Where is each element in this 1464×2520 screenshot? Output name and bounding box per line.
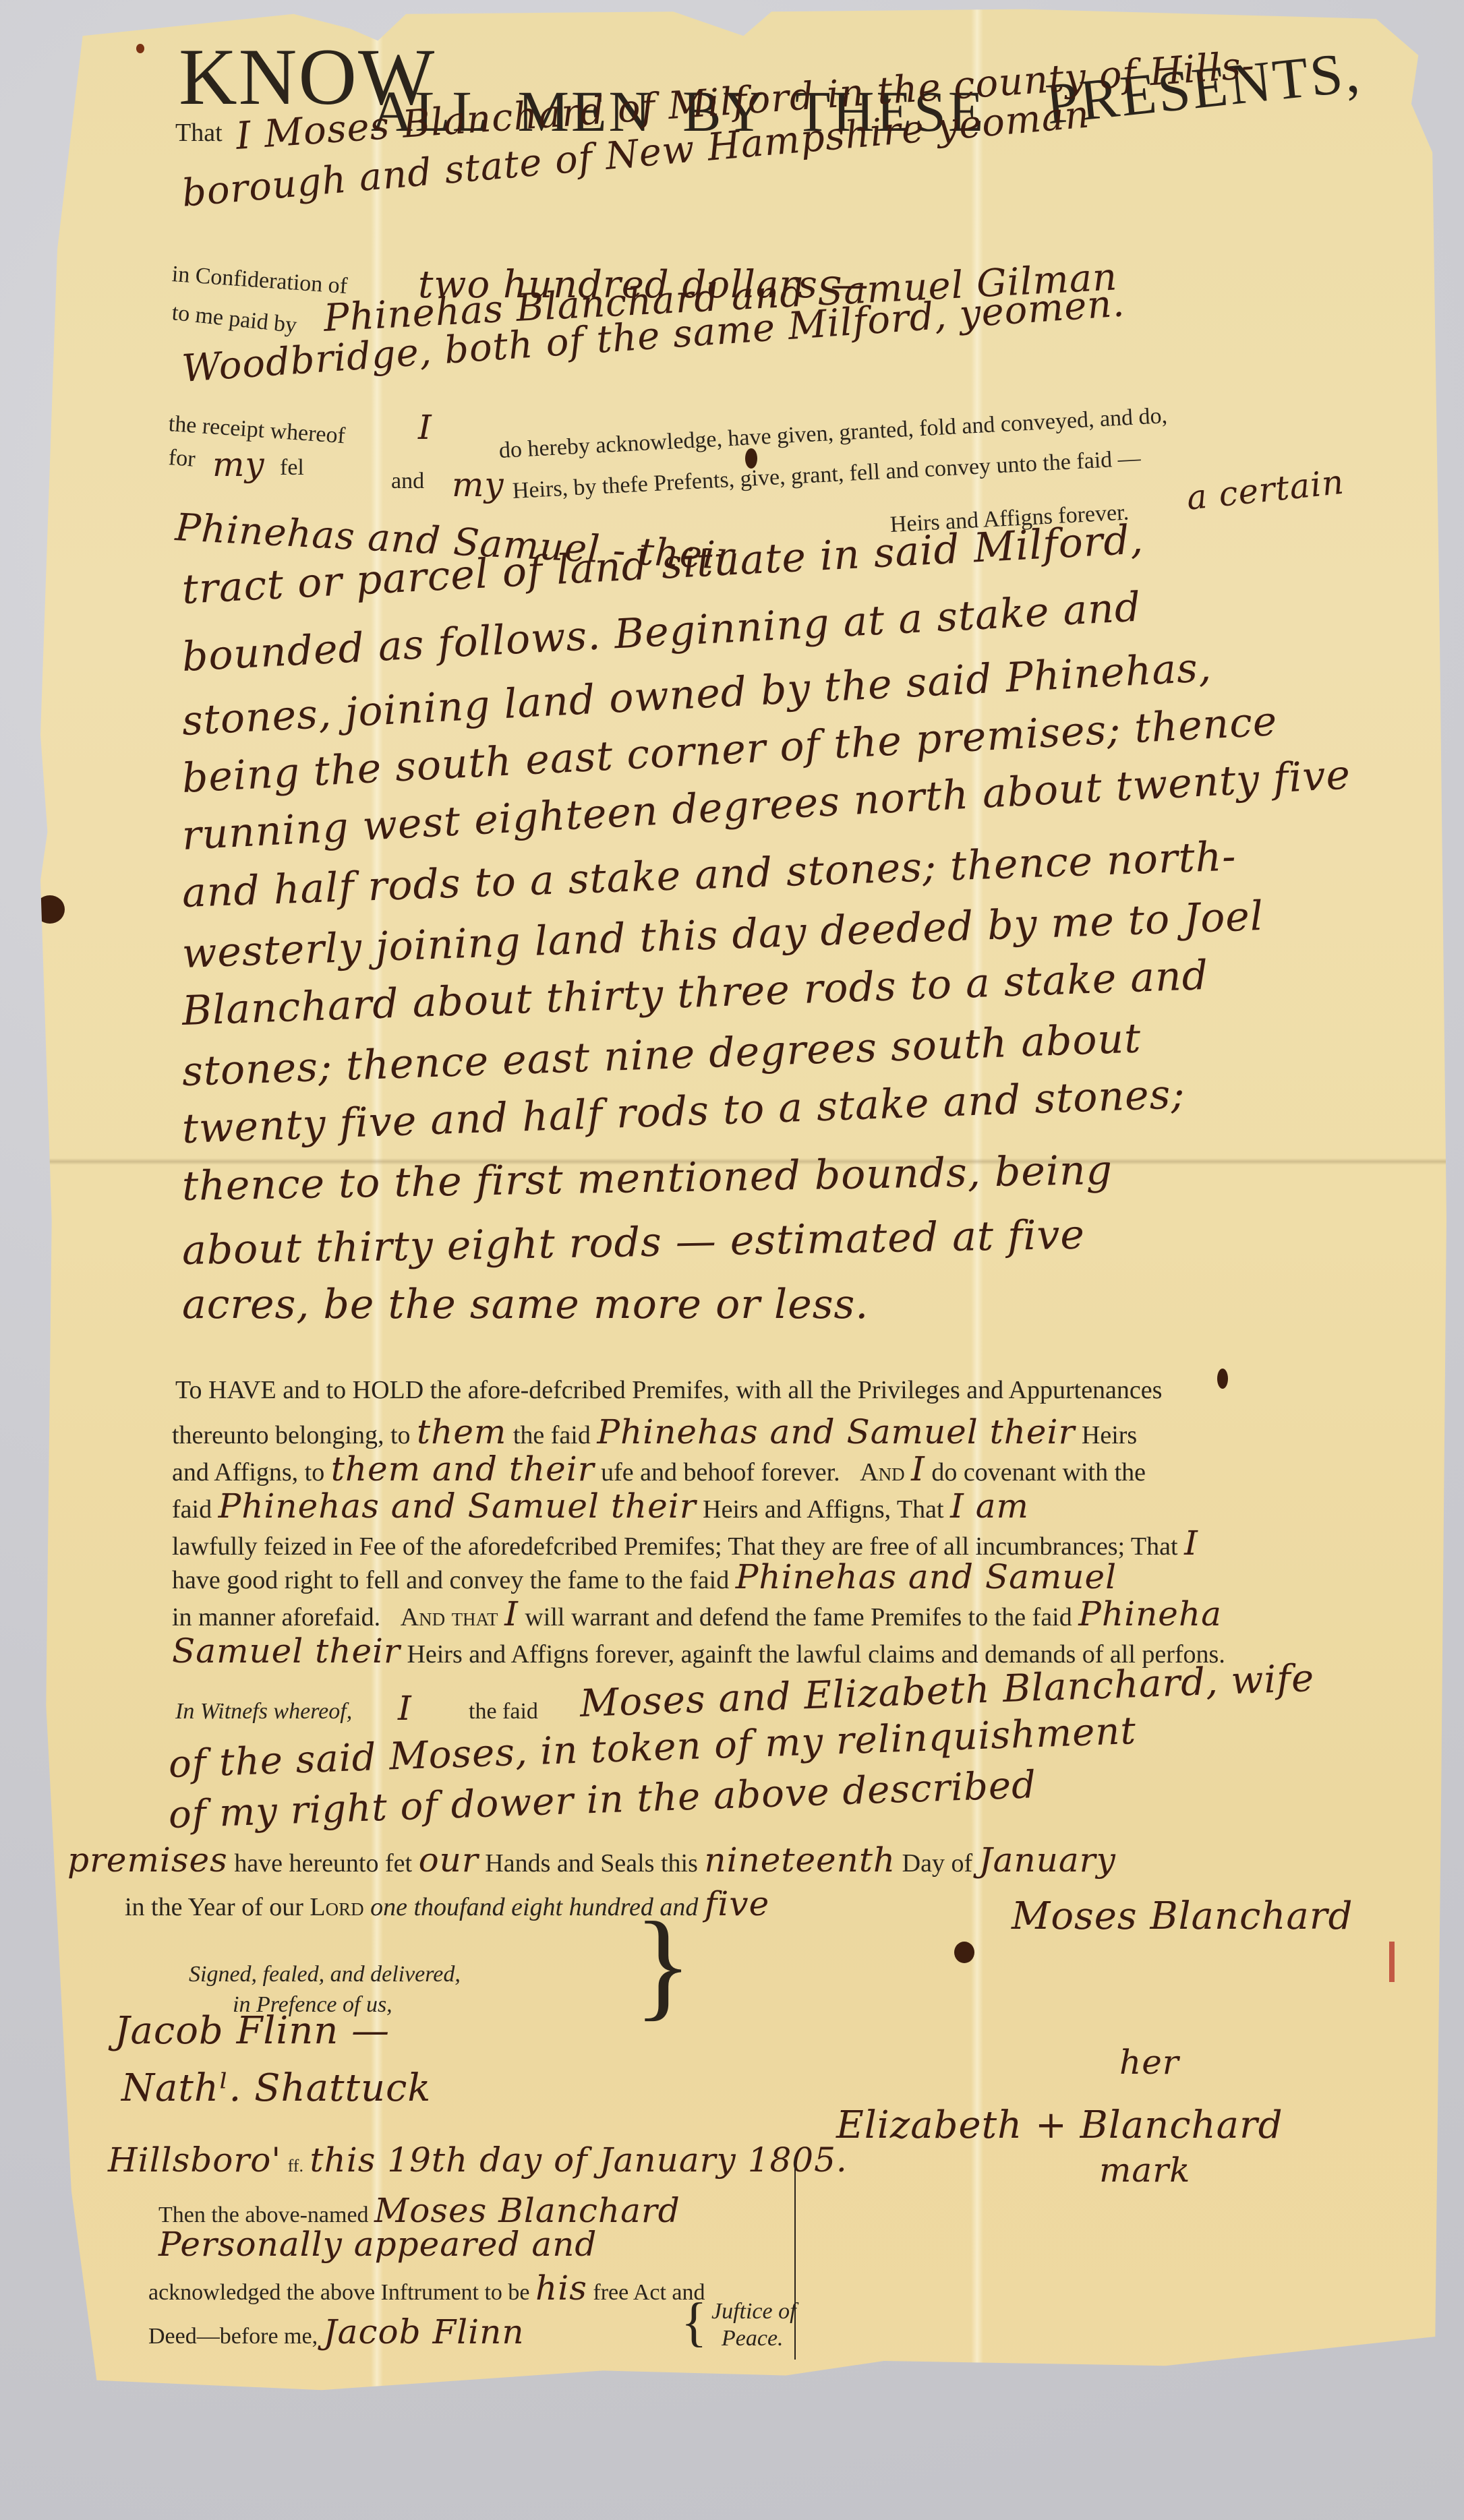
heirs-label: Heirs	[1082, 1421, 1137, 1449]
the-said-label-2: the faid	[469, 1699, 538, 1724]
grant-my-2: my	[452, 465, 504, 504]
personally-appeared-hand: Personally appeared and	[158, 2225, 597, 2264]
description-line-12: about thirty eight rods — estimated at f…	[181, 1211, 1085, 1274]
paid-by-label: to me paid by	[171, 300, 298, 338]
warrant-clause: will warrant and defend the fame Premife…	[525, 1603, 1072, 1631]
consideration-label: in Confideration of	[171, 262, 349, 299]
jp-brace: {	[681, 2292, 707, 2353]
right-to-sell-clause: have good right to fell and convey the f…	[172, 1566, 729, 1594]
lord-label: Lord	[310, 1893, 363, 1921]
that-label: That	[175, 118, 223, 148]
grantor-signature: Moses Blanchard	[1012, 1894, 1353, 1938]
grantees-hand-2: Phinehas and Samuel their	[597, 1412, 1075, 1451]
ink-stain-icon	[136, 44, 144, 53]
said-label: faid	[172, 1495, 212, 1524]
ack-bracket-line	[794, 2157, 796, 2360]
above-named-label: Then the above-named	[158, 2202, 369, 2227]
covenant-label: do covenant with the	[931, 1458, 1146, 1487]
justice-signature: Jacob Flinn	[324, 2312, 525, 2351]
witness-2-signature: Nathˡ. Shattuck	[121, 2066, 431, 2110]
deed-paper: KNOW ALL MEN BY THESE PRESENTS, That I M…	[40, 7, 1446, 2434]
and-that-label: And that	[401, 1603, 498, 1631]
and-label: And	[860, 1458, 904, 1487]
seized-clause: lawfully feized in Fee of the aforedefcr…	[172, 1532, 1178, 1561]
for-label: for	[168, 445, 196, 472]
ink-stain-icon	[1217, 1369, 1228, 1389]
year-of-our-label: in the Year of our	[125, 1893, 303, 1921]
grant-my-1: my	[212, 445, 265, 484]
ink-stain-icon	[954, 1942, 974, 1963]
ack-date-hand: this 19th day of January 1805.	[310, 2140, 847, 2180]
a-certain-hand: a certain	[1185, 462, 1346, 518]
signed-sealed-label: Signed, fealed, and delivered,	[189, 1962, 461, 1987]
heirs-that-label: Heirs and Affigns, That	[703, 1495, 943, 1524]
grantees-hand-4: Phinehas and Samuel	[736, 1557, 1117, 1596]
grant-pronoun-i: I	[418, 408, 432, 447]
thereunto-label: thereunto belonging, to	[172, 1421, 411, 1449]
ss-label: ff.	[288, 2156, 303, 2176]
wax-seal-remnant	[1443, 2238, 1450, 2292]
wife-signature-mark: Elizabeth + Blanchard	[836, 2103, 1283, 2147]
them-and-their-hand: them and their	[331, 1449, 595, 1489]
deed-before-me-label: Deed—before me,	[148, 2324, 318, 2349]
mark-label-hand: mark	[1099, 2151, 1190, 2190]
hands-seals-label: Hands and Seals this	[485, 1849, 698, 1878]
in-witness-label: In Witnefs whereof,	[175, 1699, 352, 1724]
hereunto-set-label: have hereunto fet	[234, 1849, 412, 1878]
justice-of-label: Juftice of	[711, 2299, 796, 2324]
peace-label: Peace.	[722, 2326, 784, 2351]
ink-stain-icon	[35, 895, 65, 924]
day-of-label: Day of	[902, 1849, 972, 1878]
fel-label: fel	[280, 455, 304, 481]
manner-aforesaid-label: in manner aforefaid.	[172, 1603, 380, 1631]
the-said-label: the faid	[513, 1421, 591, 1449]
receipt-label: the receipt whereof	[168, 411, 346, 448]
use-behoof-label: ufe and behoof forever.	[601, 1458, 840, 1487]
witness-1-signature: Jacob Flinn —	[115, 2009, 390, 2053]
and-label: and	[391, 469, 424, 494]
wax-seal-remnant	[1389, 1942, 1395, 1982]
attestation-brace: }	[634, 1894, 692, 2034]
samuel-their-hand: Samuel their	[172, 1631, 401, 1671]
them-hand: them	[417, 1412, 506, 1451]
assigns-to-label: and Affigns, to	[172, 1458, 324, 1487]
acknowledged-label: acknowledged the above Inftrument to be	[148, 2280, 530, 2305]
grantees-hand-3: Phinehas and Samuel their	[218, 1487, 697, 1526]
witness-i-hand: I	[398, 1689, 412, 1728]
premises-hand: premises	[67, 1840, 228, 1880]
county-hand: Hillsboro'	[108, 2140, 281, 2180]
year-hand: five	[705, 1884, 769, 1923]
his-hand: his	[535, 2269, 587, 2308]
habendum-line-1: To HAVE and to HOLD the afore-defcribed …	[175, 1375, 1162, 1405]
her-label-hand: her	[1119, 2043, 1179, 2082]
warrant-i-hand: I	[504, 1594, 519, 1633]
i-am-hand: I am	[950, 1487, 1029, 1526]
day-hand: nineteenth	[704, 1840, 896, 1880]
description-line-13: acres, be the same more or less.	[182, 1281, 869, 1328]
month-hand: January	[979, 1840, 1116, 1880]
seized-i-hand: I	[1184, 1524, 1198, 1563]
grantee-phinehas-hand: Phineha	[1078, 1594, 1222, 1633]
covenant-i-hand: I	[911, 1449, 925, 1489]
our-hand: our	[419, 1840, 479, 1880]
